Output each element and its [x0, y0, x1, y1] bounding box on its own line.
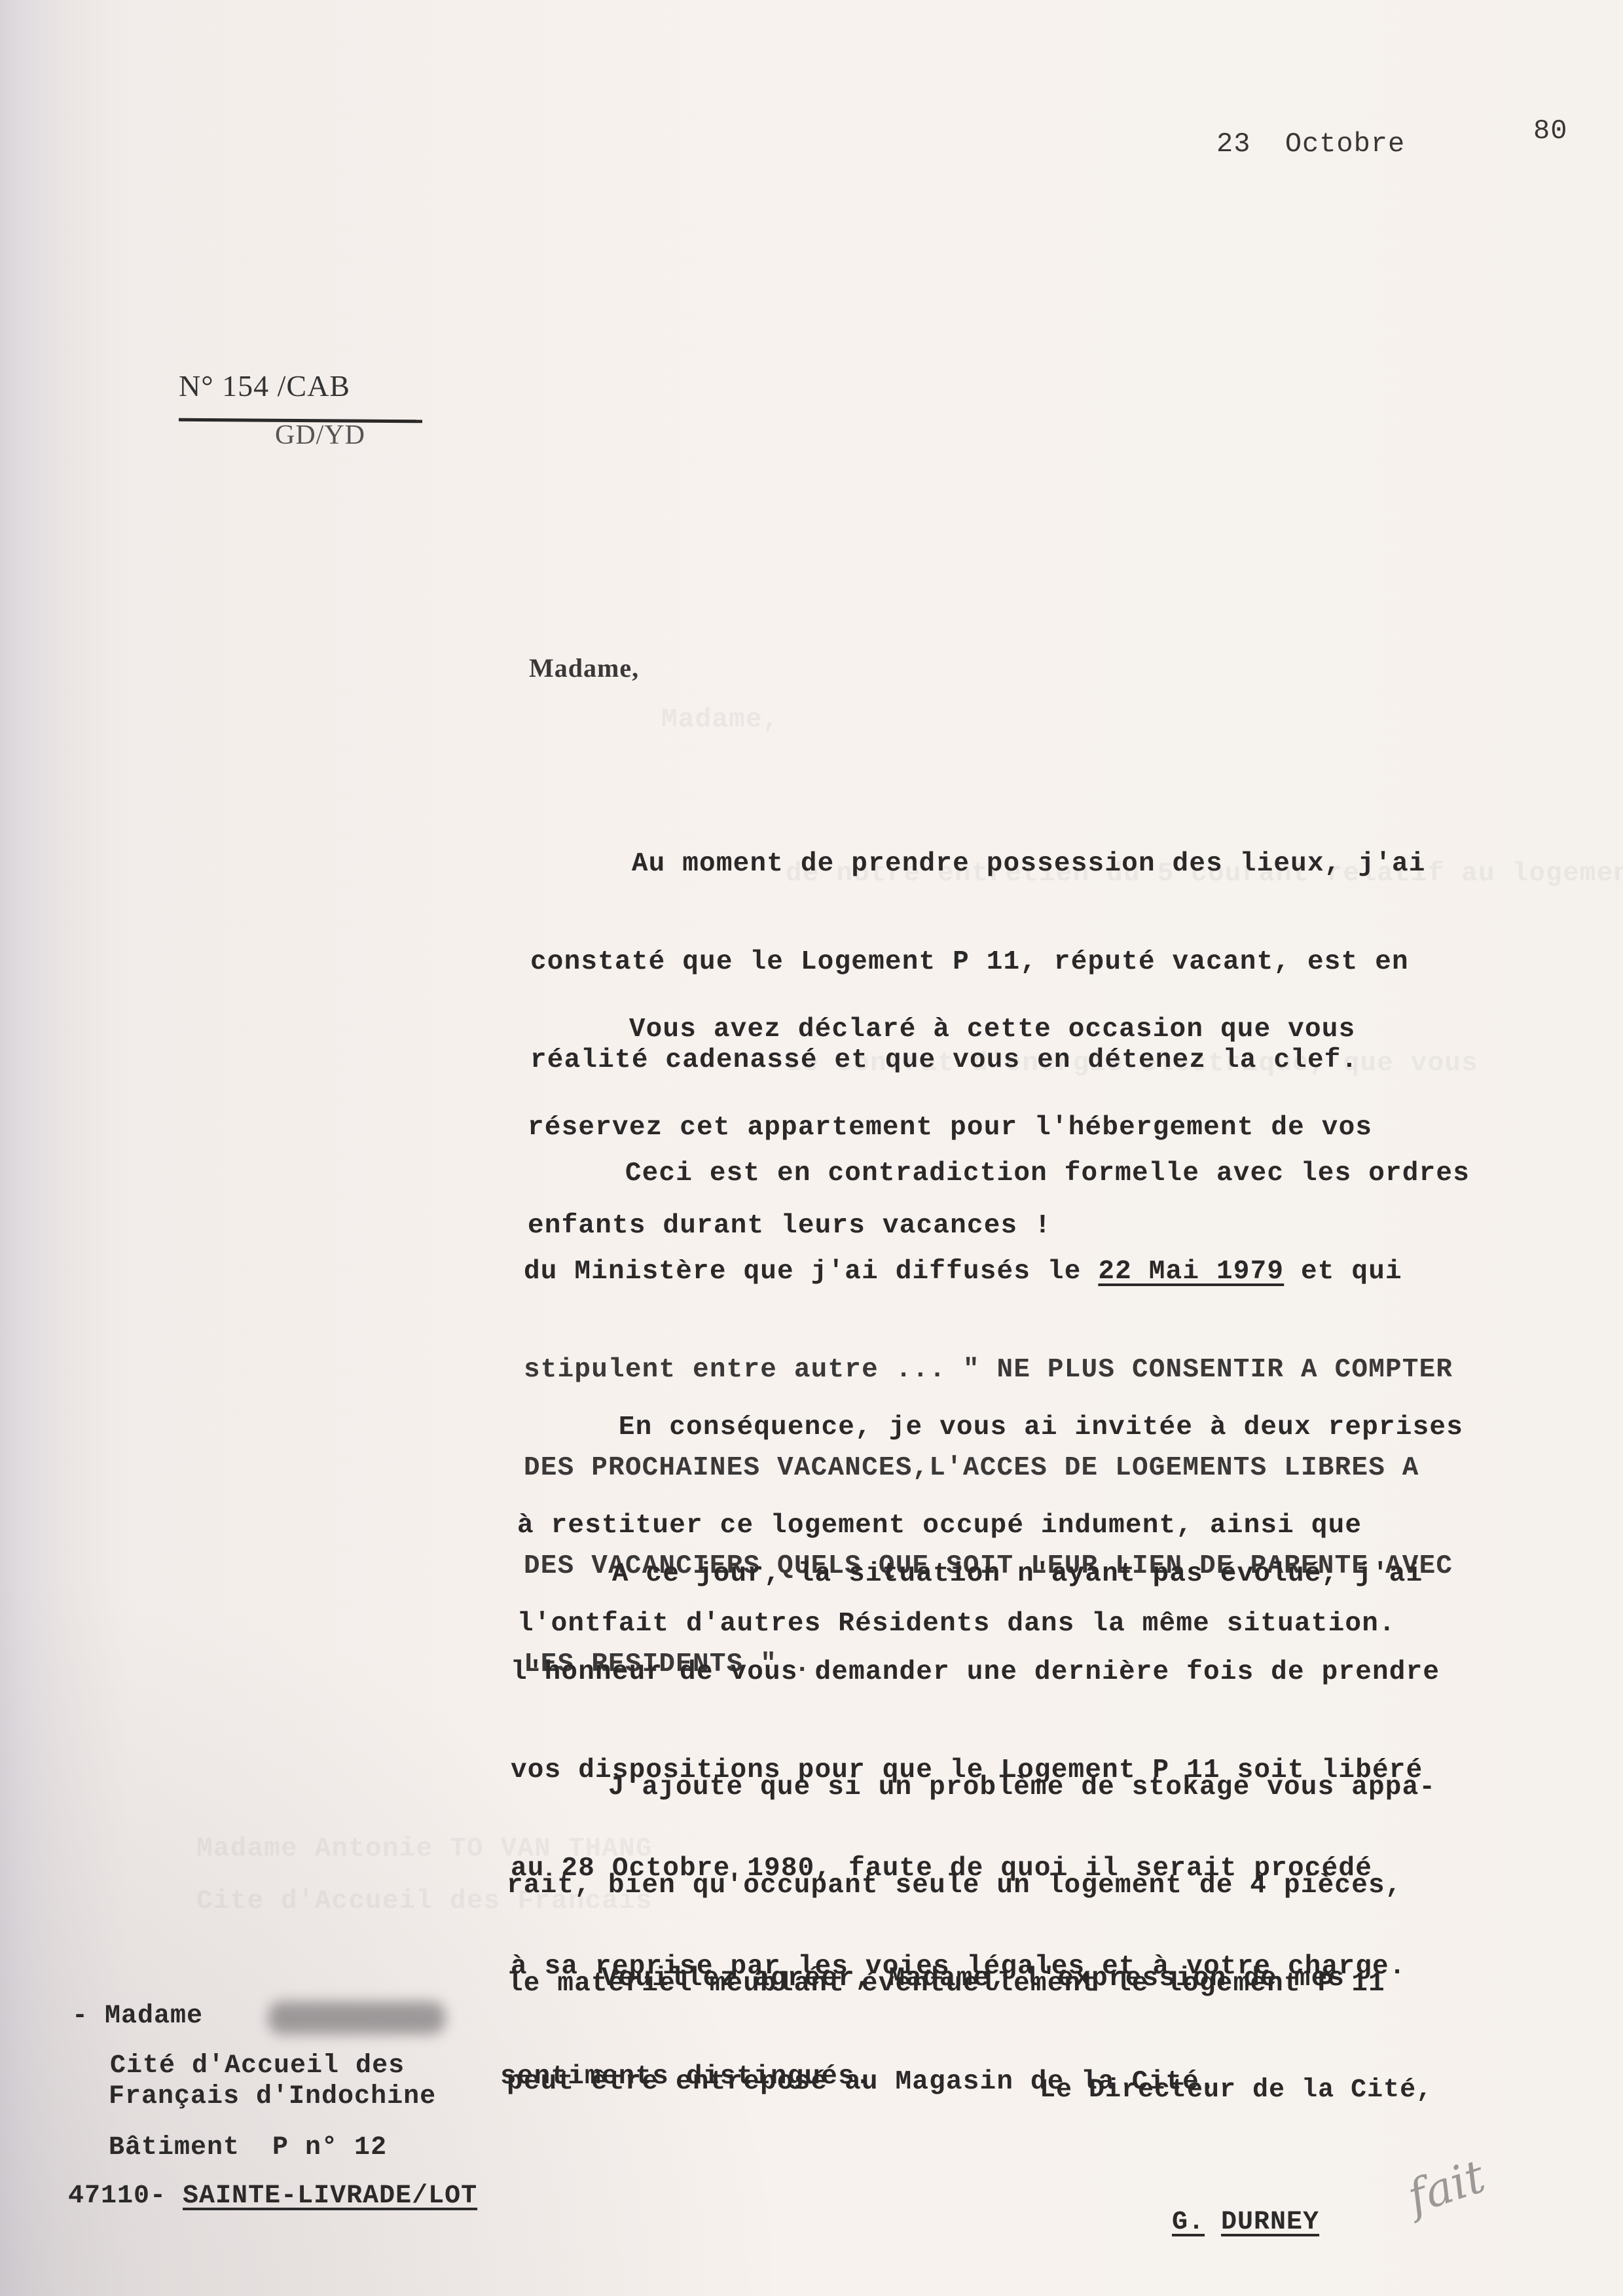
recipient-title: - Madame: [72, 2001, 203, 2032]
recipient-line-2: Français d'Indochine: [109, 2081, 436, 2113]
signatory-name: G. DURNEY: [1172, 2207, 1319, 2238]
recipient-line-1: Cité d'Accueil des: [110, 2051, 405, 2082]
recipient-postcode: 47110-: [68, 2181, 166, 2211]
paragraph-line: l'honneur de vous demander une dernière …: [511, 1656, 1440, 1689]
recipient-line-3: Bâtiment P n° 12: [109, 2132, 387, 2164]
letter-year: 80: [1533, 115, 1567, 147]
redacted-recipient-name: [268, 2001, 445, 2034]
salutation: Madame,: [529, 652, 639, 685]
paragraph-line-with-date: du Ministère que j'ai diffusés le 22 Mai…: [524, 1255, 1470, 1288]
handwritten-annotation: fait: [1401, 2149, 1491, 2225]
paragraph-line: Veuillez agréer, Madame, l'expression de…: [500, 1962, 1345, 1995]
reference-number: N° 154 /CAB: [179, 370, 350, 403]
paragraph-text: du Ministère que j'ai diffusés le: [524, 1257, 1098, 1287]
paragraph-line: A ce jour, la situation n'ayant pas évol…: [511, 1558, 1440, 1590]
paragraph-line: J'ajoute que si un problème de stokage v…: [507, 1771, 1436, 1804]
paragraph-line: Ceci est en contradiction formelle avec …: [524, 1157, 1470, 1190]
paragraph-text: et qui: [1284, 1257, 1402, 1287]
signatory-title: Le Directeur de la Cité,: [1040, 2075, 1432, 2106]
paragraph-line: Vous avez déclaré à cette occasion que v…: [528, 1013, 1372, 1046]
reference-initials: GD/YD: [275, 419, 365, 452]
paragraph-line: Au moment de prendre possession des lieu…: [530, 848, 1426, 880]
bleed-through-text: Madame,: [661, 704, 780, 736]
signatory-surname: DURNEY: [1221, 2208, 1319, 2237]
recipient-city: SAINTE-LIVRADE/LOT: [183, 2181, 477, 2211]
underlined-date: 22 Mai 1979: [1098, 1257, 1284, 1287]
recipient-postcode-city: 47110- SAINTE-LIVRADE/LOT: [68, 2181, 477, 2212]
signatory-initial: G.: [1172, 2208, 1205, 2237]
letter-date: 23 Octobre: [1216, 128, 1405, 160]
paragraph-line: En conséquence, je vous ai invitée à deu…: [517, 1411, 1463, 1444]
